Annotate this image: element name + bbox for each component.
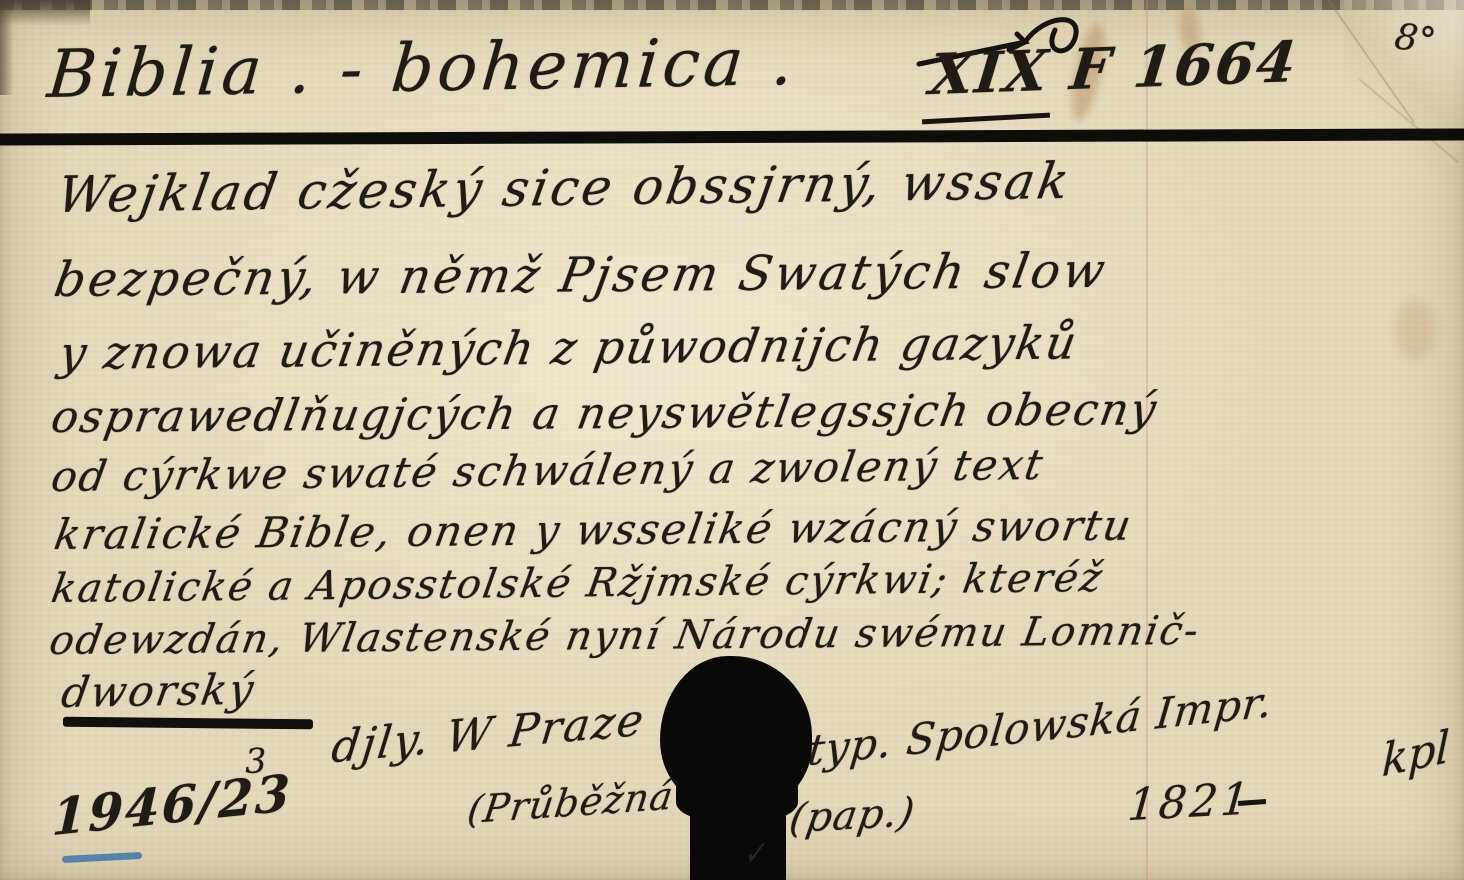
body-end-underline <box>63 717 313 730</box>
shelfmark-underline <box>922 113 1050 125</box>
scan-left-edge <box>0 0 14 95</box>
body-line: odewzdán, Wlastenské nyní Národu swému L… <box>46 608 1204 664</box>
scan-top-edge <box>0 0 1464 10</box>
format-designation: 8° <box>1392 16 1438 62</box>
body-line: bezpečný, w němž Pjsem Swatých slow <box>50 243 1112 308</box>
paper-note: (pap.) <box>786 789 918 842</box>
imprint-year: 1821 <box>1126 773 1254 831</box>
paging-note: (Průběžná - <box>465 771 704 832</box>
body-line: y znowa učiněných z půwodnijch gazyků <box>56 315 1083 380</box>
header-divider-rule <box>0 128 1464 145</box>
body-line: Wejklad cžeský sice obssjrný, wssak <box>53 152 1076 224</box>
thumb-occlusion <box>690 792 786 880</box>
printer-note: typ. Spolowská Impr. <box>805 677 1275 776</box>
check-mark-icon: ✓ <box>740 835 770 873</box>
year-tick-stroke <box>1238 799 1266 806</box>
accession-number: 1946/23 <box>51 763 293 848</box>
accession-underline <box>62 852 142 863</box>
subject-heading: Biblia . - bohemica . <box>45 23 801 113</box>
body-line: osprawedlňugjcých a neyswětlegssjch obec… <box>48 384 1162 443</box>
body-line: kralické Bible, onen y wsseliké wzácný s… <box>51 501 1137 559</box>
imprint-place: djly. W Praze <box>329 694 648 773</box>
catalog-card: Biblia . - bohemica . XIX F 1664 8° Wejk… <box>0 0 1464 880</box>
body-line: katolické a Aposstolské Ržjmské cýrkwi; … <box>48 555 1107 612</box>
shelfmark: XIX F 1664 <box>927 29 1301 108</box>
completeness-mark: kpl <box>1381 721 1450 788</box>
body-line: od cýrkwe swaté schwálený a zwolený text <box>48 440 1048 501</box>
body-line: dworský <box>58 665 259 718</box>
paper-stain <box>1395 300 1435 360</box>
